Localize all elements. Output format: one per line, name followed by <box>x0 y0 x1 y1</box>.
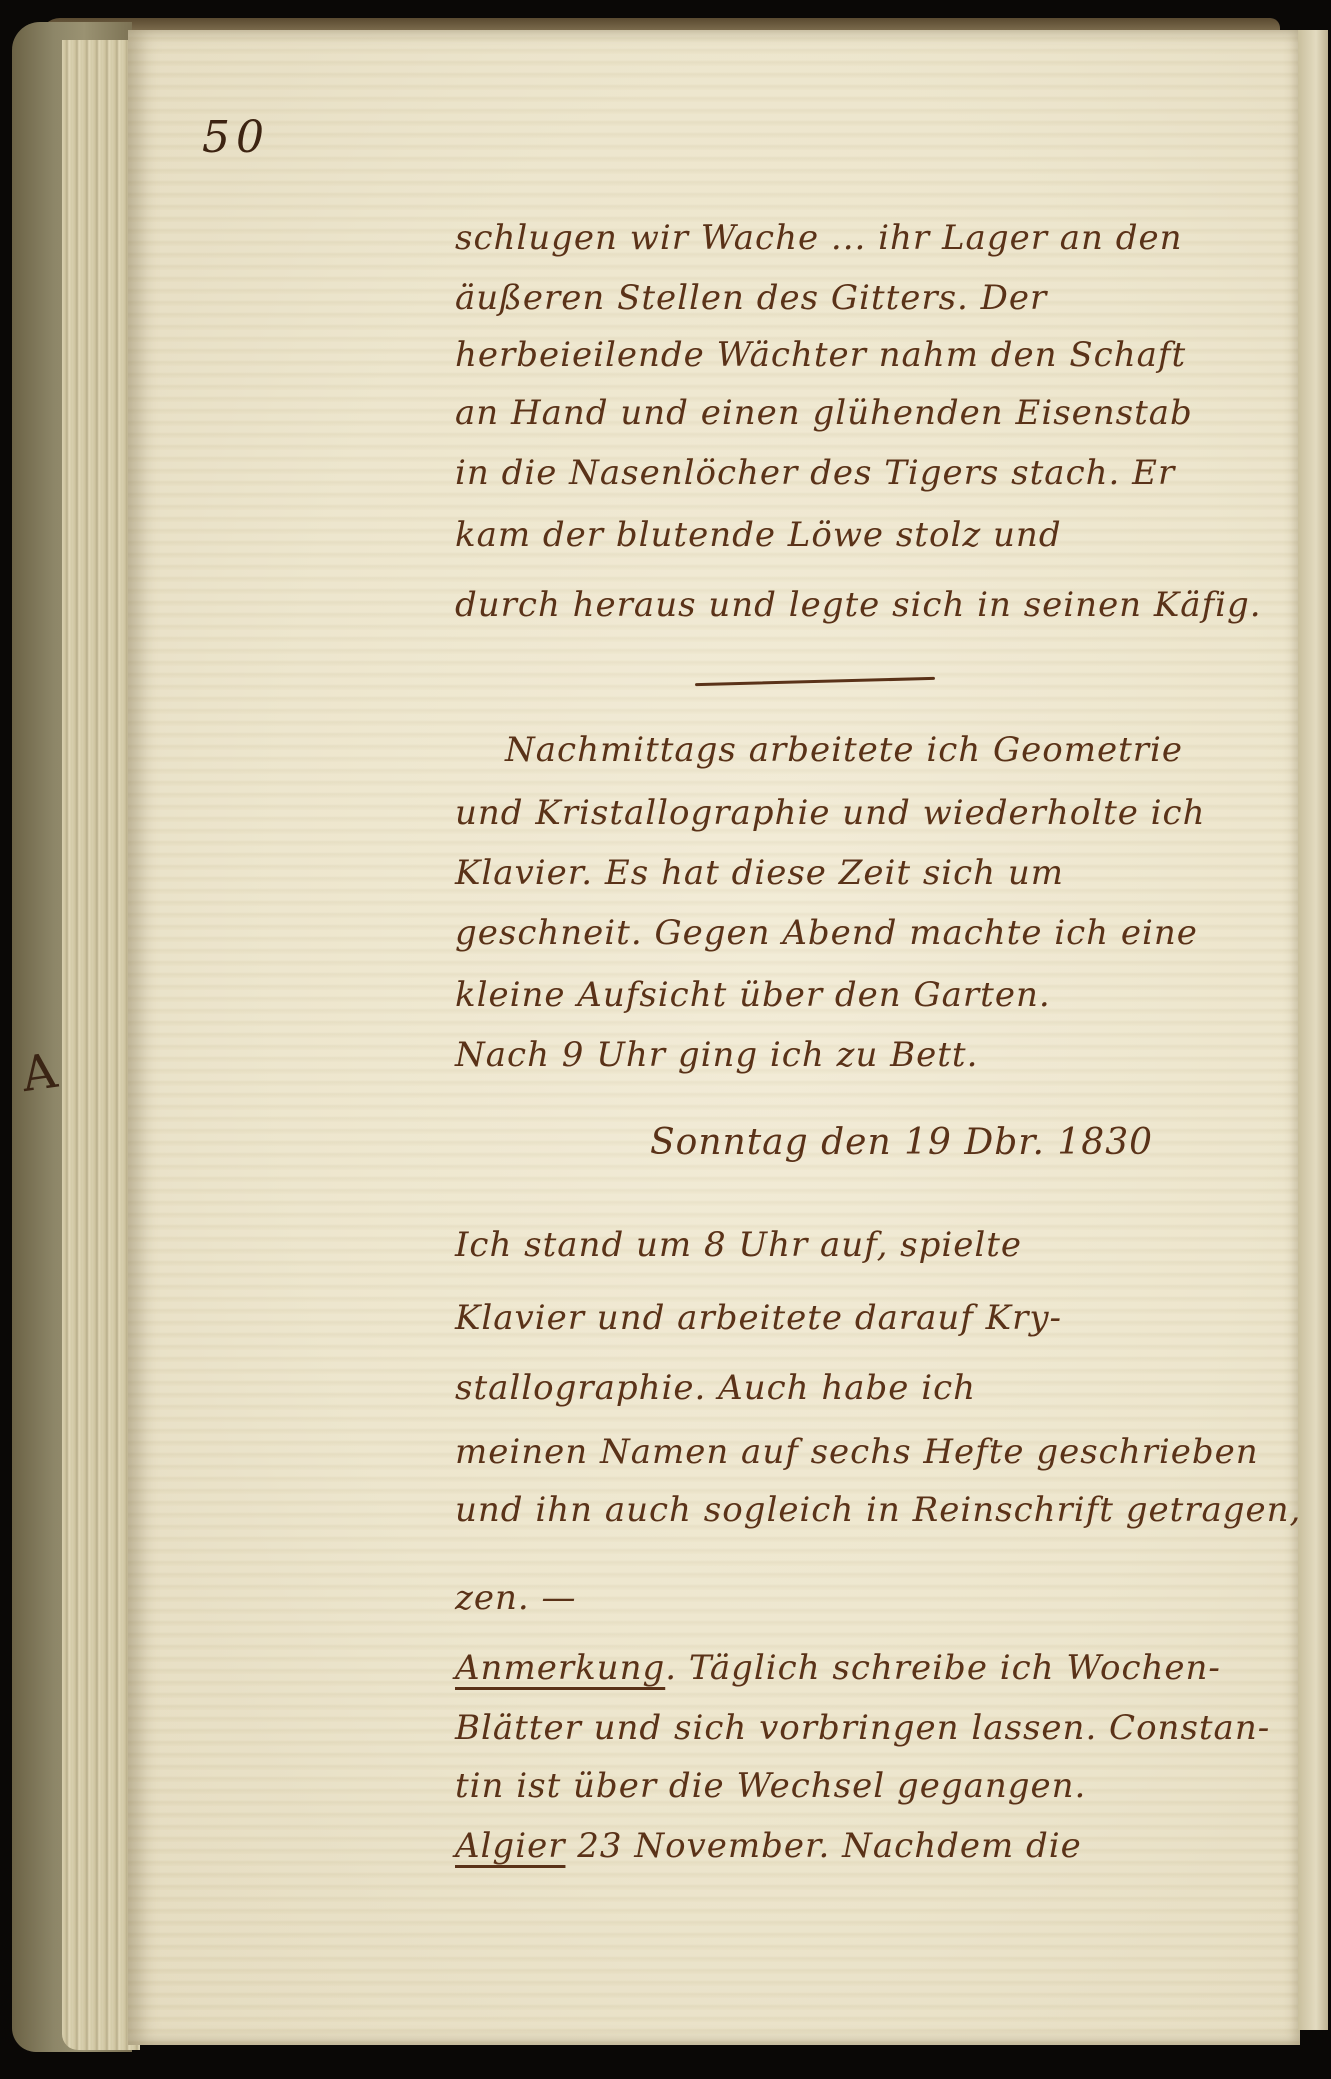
text-line: und ihn auch sogleich in Reinschrift get… <box>455 1490 1245 1530</box>
text-line: Blätter und sich vorbringen lassen. Cons… <box>455 1708 1245 1748</box>
underlined-word: Anmerkung <box>455 1648 665 1688</box>
date-heading: Sonntag den 19 Dbr. 1830 <box>650 1122 1331 1163</box>
underlined-word: Algier <box>455 1826 565 1866</box>
text-line: geschneit. Gegen Abend machte ich eine <box>455 913 1245 953</box>
text-line: und Kristallographie und wiederholte ich <box>455 793 1245 833</box>
text-line: an Hand und einen glühenden Eisenstab <box>455 393 1245 433</box>
text-line: zen. — <box>455 1578 1245 1618</box>
text-line: Nach 9 Uhr ging ich zu Bett. <box>455 1035 1245 1075</box>
page-number: 50 <box>202 112 270 163</box>
margin-mark: A <box>18 1043 60 1103</box>
text-line: herbeieilende Wächter nahm den Schaft <box>455 335 1245 375</box>
text-line: meinen Namen auf sechs Hefte geschrieben <box>455 1432 1245 1472</box>
text-line: Klavier und arbeitete darauf Kry- <box>455 1298 1245 1338</box>
text-line: kleine Aufsicht über den Garten. <box>455 975 1245 1015</box>
text-line: in die Nasenlöcher des Tigers stach. Er <box>455 453 1245 493</box>
text-line: stallographie. Auch habe ich <box>455 1368 1245 1408</box>
text-line: Ich stand um 8 Uhr auf, spielte <box>455 1225 1245 1265</box>
text-line: schlugen wir Wache ... ihr Lager an den <box>455 218 1245 258</box>
text-line: äußeren Stellen des Gitters. Der <box>455 278 1245 318</box>
text-line: Klavier. Es hat diese Zeit sich um <box>455 853 1245 893</box>
next-page-edge <box>1298 30 1328 2030</box>
text-line: tin ist über die Wechsel gegangen. <box>455 1766 1245 1806</box>
text-line: Algier 23 November. Nachdem die <box>455 1826 1245 1866</box>
text-line: kam der blutende Löwe stolz und <box>455 515 1245 555</box>
text-line: Nachmittags arbeitete ich Geometrie <box>505 730 1295 770</box>
annotation-line: Anmerkung. Täglich schreibe ich Wochen- <box>455 1648 1245 1688</box>
text-line: durch heraus und legte sich in seinen Kä… <box>455 585 1245 625</box>
